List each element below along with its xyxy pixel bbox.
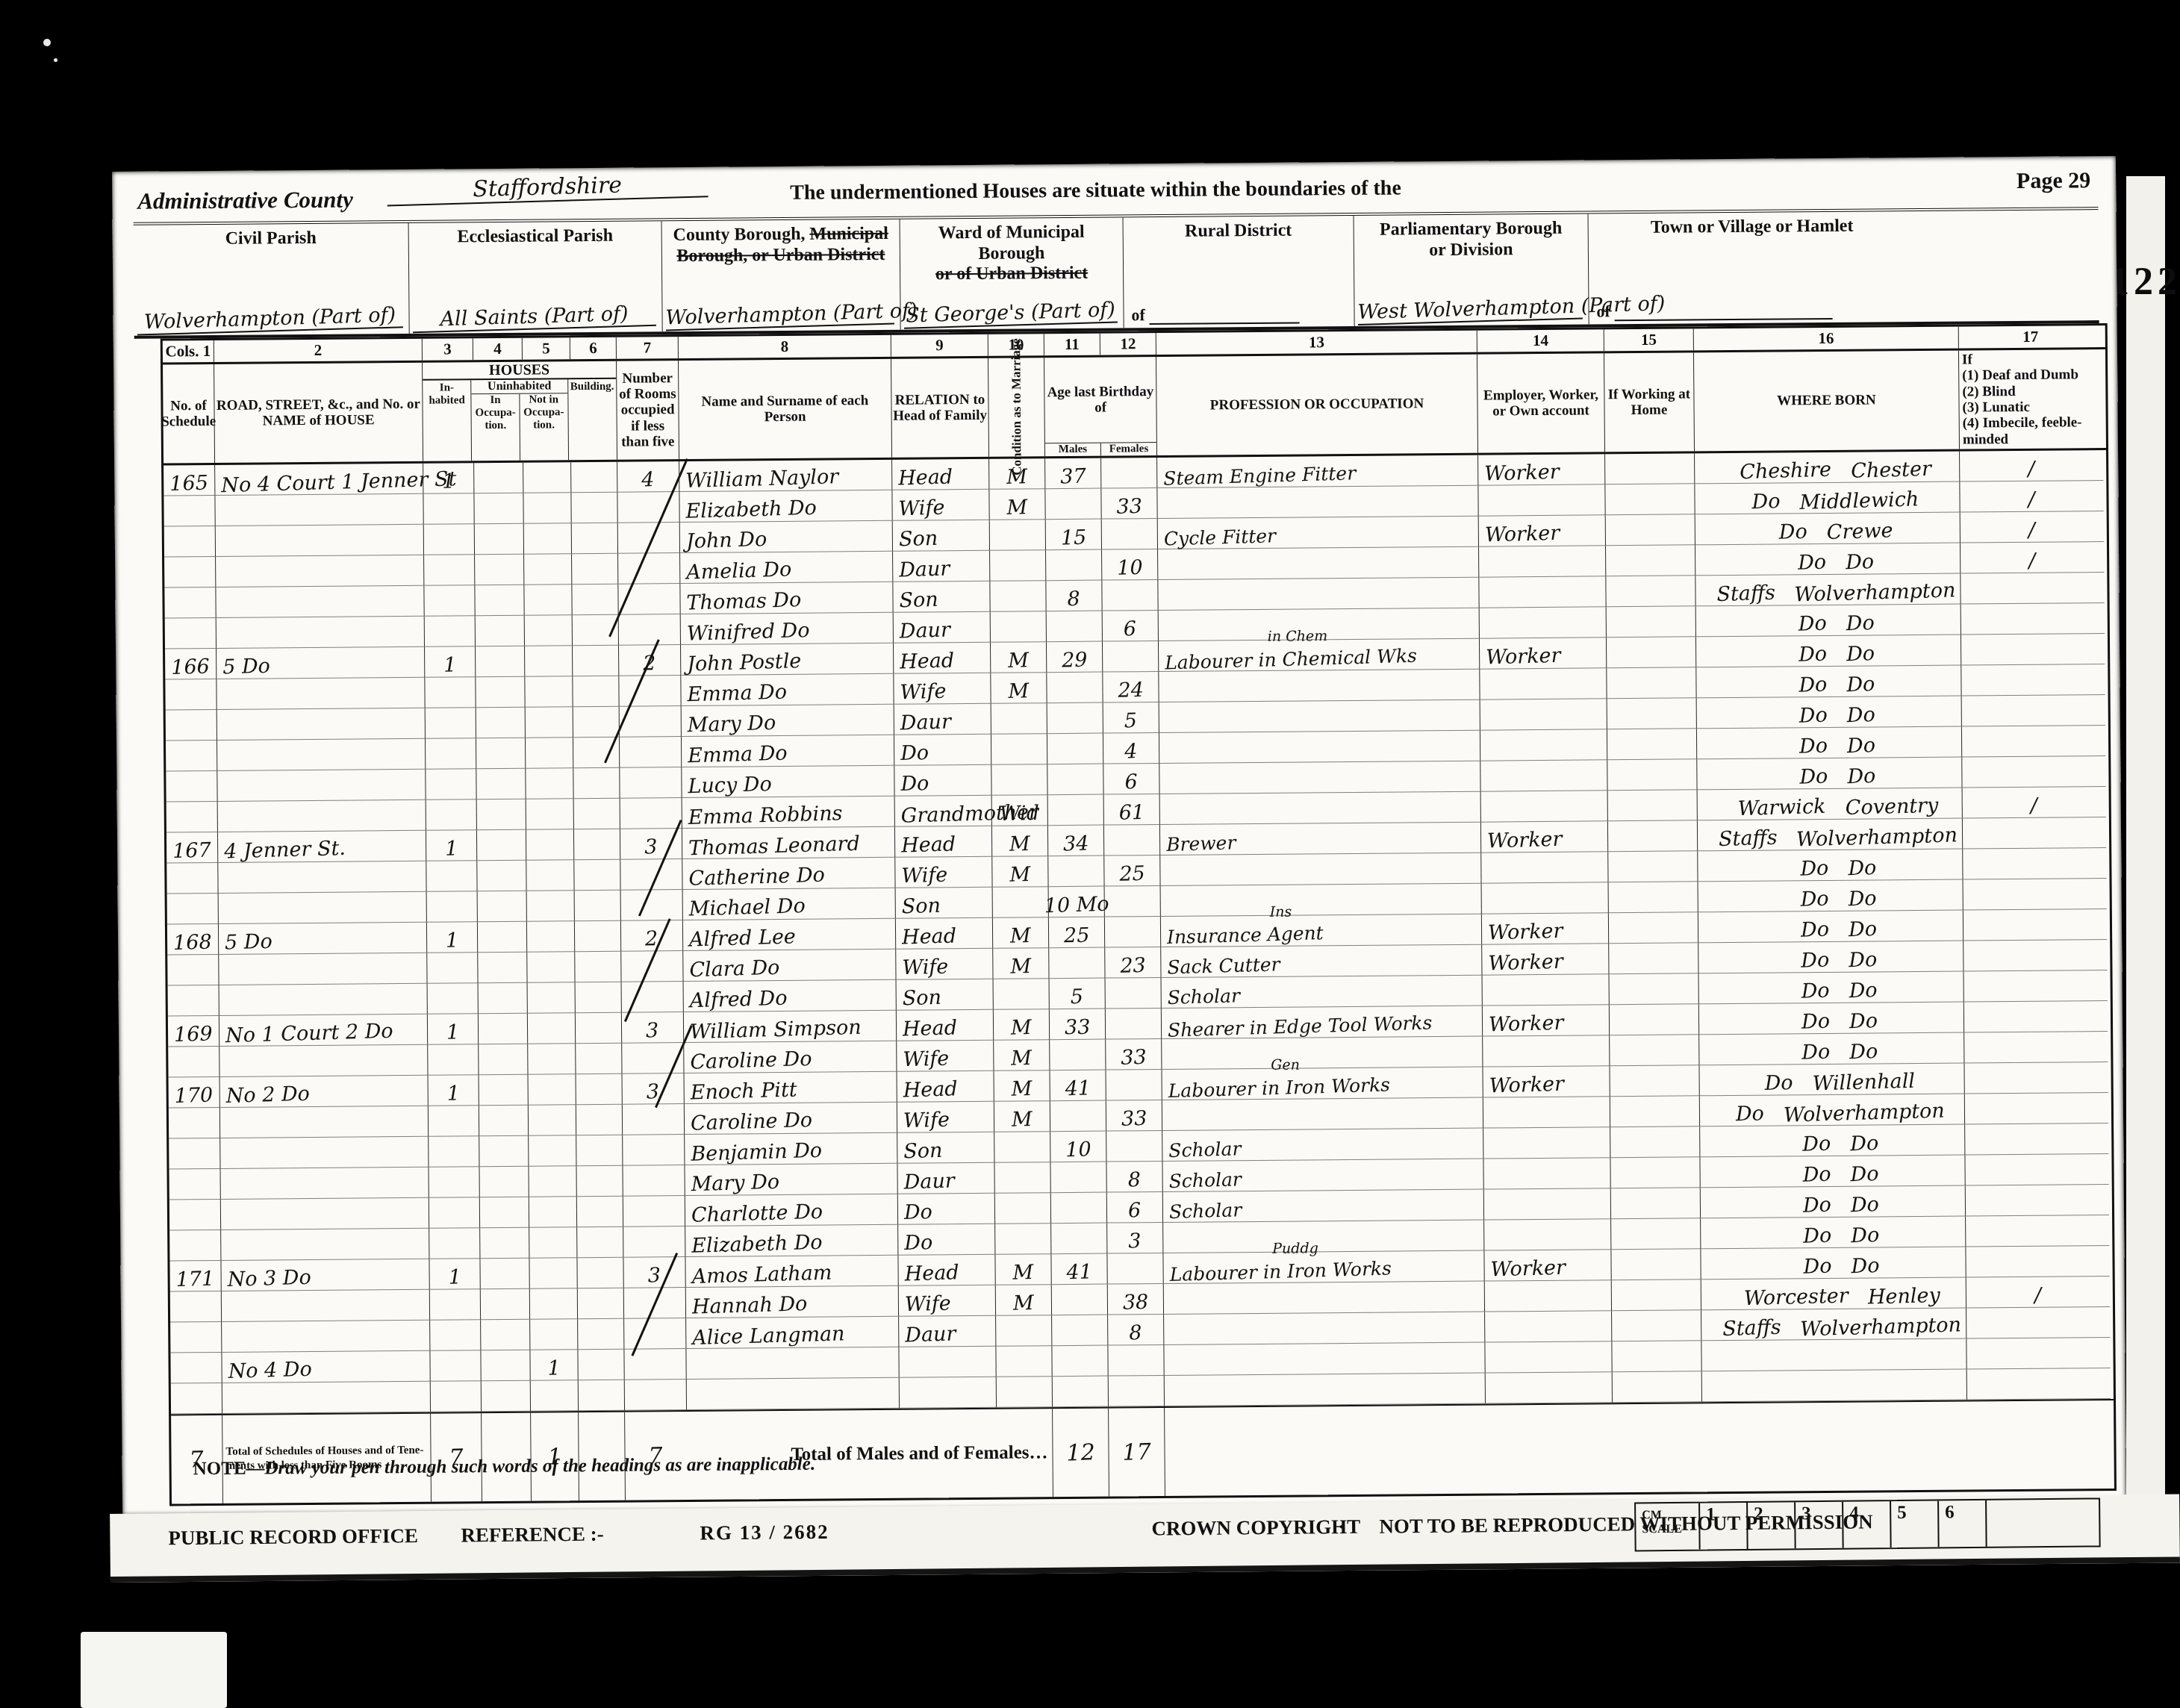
cell-rooms	[620, 859, 682, 891]
cell-building	[576, 1166, 622, 1197]
cell-age-male	[1045, 550, 1101, 582]
cell-age-female: 61	[1103, 794, 1159, 826]
cell-age-female: 33	[1100, 488, 1156, 520]
cell-age-female: 5	[1103, 702, 1159, 734]
cell-building	[576, 1074, 622, 1105]
cell-age-male: 8	[1045, 581, 1101, 612]
cell-relation: Son	[892, 520, 989, 552]
cell-where-born: DoDo	[1698, 1033, 1963, 1066]
cell-rooms	[620, 951, 682, 982]
cell-name: Alice Langman	[685, 1317, 898, 1349]
cell-schedule	[169, 1200, 220, 1231]
cell-age-male: 29	[1046, 642, 1102, 673]
cell-where-born: DoDo	[1698, 911, 1963, 944]
cell-working-at-home	[1609, 1065, 1698, 1097]
cell-employer	[1478, 546, 1605, 577]
cell-where-born	[1701, 1370, 1966, 1403]
footer-separator: ·	[1338, 1515, 1345, 1539]
cell-inhabited	[428, 1106, 479, 1137]
cell-where-born: DoDo	[1695, 605, 1961, 638]
cell-condition	[995, 1346, 1051, 1377]
cell-age-male	[1050, 1162, 1106, 1194]
col-not-in-occupation: Not in Occupa-tion.	[520, 394, 567, 461]
cell-age-female	[1107, 1345, 1163, 1377]
cell-employer: Worker	[1483, 1250, 1610, 1281]
cell-condition	[994, 1224, 1050, 1255]
cell-infirmity	[1963, 909, 2107, 941]
cell-address: 5 Do	[216, 647, 424, 679]
cell-name: Mary Do	[684, 1164, 897, 1196]
cell-name: Amos Latham	[685, 1256, 897, 1288]
cell-working-at-home	[1609, 1004, 1698, 1035]
cell-uninhabited-not-occ	[526, 952, 574, 983]
cell-infirmity	[1965, 1215, 2109, 1247]
totals-row: 7 Total of Schedules of Houses and of Te…	[171, 1399, 2114, 1503]
cell-age-male	[1047, 703, 1103, 735]
cell-infirmity	[1961, 603, 2105, 635]
cell-uninhabited-in-occ	[474, 585, 523, 617]
cell-age-male	[1051, 1285, 1107, 1316]
cell-employer	[1478, 576, 1605, 608]
cell-condition	[995, 1315, 1051, 1347]
cell-building	[571, 523, 617, 554]
cm-scale-cell: 5	[1890, 1501, 1938, 1548]
cell-condition: M	[992, 917, 1048, 949]
cell-inhabited	[426, 891, 477, 923]
cell-age-male: 33	[1049, 1009, 1105, 1041]
cell-working-at-home	[1609, 1035, 1698, 1066]
occupation-insert-note: Puddg	[1272, 1240, 1318, 1256]
cell-where-born: DoDo	[1697, 850, 1962, 882]
cell-inhabited	[429, 1197, 479, 1229]
cell-name: William Naylor	[679, 460, 891, 492]
cell-address	[219, 1168, 428, 1200]
town-village-blank: of	[1596, 299, 1908, 321]
cell-condition	[993, 979, 1049, 1010]
cell-where-born: StaffsWolverhampton	[1695, 574, 1960, 607]
admin-county-value: Staffordshire	[387, 169, 708, 206]
cell-occupation: Labourer in Chemical Wksin Chem	[1158, 639, 1479, 672]
rural-district-col: Rural District of	[1124, 216, 1355, 328]
cell-infirmity: ∕	[1960, 511, 2104, 543]
cell-uninhabited-in-occ	[481, 1381, 530, 1412]
cell-uninhabited-not-occ	[526, 799, 573, 830]
cell-address	[221, 1290, 429, 1322]
cell-age-male	[1047, 795, 1103, 826]
footer-reference-value: RG 13 / 2682	[700, 1521, 829, 1545]
cell-relation: Daur	[894, 704, 991, 735]
cell-condition	[989, 520, 1045, 551]
cell-employer: Worker	[1481, 944, 1608, 975]
cell-building	[576, 1135, 622, 1166]
cell-infirmity	[1965, 1246, 2109, 1278]
cell-age-male	[1050, 1224, 1106, 1255]
cell-condition	[991, 734, 1047, 765]
cell-schedule	[166, 863, 217, 894]
cell-age-female	[1104, 886, 1160, 917]
cell-building	[573, 738, 619, 768]
cell-relation: Do	[897, 1224, 994, 1256]
cell-occupation	[1159, 731, 1480, 764]
cell-inhabited: 1	[427, 1014, 478, 1045]
cell-employer: Worker	[1482, 1005, 1609, 1036]
cell-uninhabited-in-occ	[473, 463, 523, 494]
column-number: 14	[1477, 329, 1604, 352]
cell-uninhabited-not-occ	[524, 676, 572, 708]
cell-uninhabited-not-occ	[526, 860, 573, 891]
cell-condition	[994, 1132, 1050, 1163]
cell-infirmity	[1963, 1032, 2108, 1064]
cell-uninhabited-not-occ	[523, 493, 570, 524]
cell-building	[572, 646, 618, 676]
cell-employer	[1477, 484, 1604, 516]
cell-rooms	[620, 890, 682, 921]
cell-inhabited	[429, 1228, 479, 1259]
cell-uninhabited-not-occ: 1	[529, 1350, 577, 1381]
cell-uninhabited-not-occ	[528, 1135, 576, 1167]
cell-uninhabited-not-occ	[527, 982, 575, 1014]
cell-where-born: DoDo	[1696, 696, 1961, 729]
cell-uninhabited-not-occ	[525, 768, 573, 800]
cell-schedule	[169, 1138, 219, 1170]
cell-age-female	[1104, 917, 1160, 948]
cell-rooms	[621, 1043, 683, 1074]
cell-rooms	[619, 706, 681, 738]
admin-county-label: Administrative County	[137, 186, 353, 214]
occupation-insert-note: Ins	[1270, 904, 1292, 920]
cell-schedule	[166, 802, 217, 833]
cell-infirmity	[1963, 970, 2107, 1003]
column-number: 7	[616, 337, 678, 359]
cell-name: Enoch Pitt	[684, 1072, 897, 1104]
occupation-insert-note: in Chem	[1268, 628, 1328, 645]
cell-name: Benjamin Do	[684, 1133, 897, 1165]
cell-where-born: DoDo	[1698, 941, 1963, 974]
census-table: Cols. 1234567891011121314151617 No. of S…	[161, 323, 2117, 1506]
ward-title: Ward of Municipal Borough or of Urban Di…	[903, 222, 1121, 285]
cell-employer	[1479, 668, 1606, 699]
cell-employer	[1479, 607, 1606, 638]
col-building: Building.	[567, 379, 617, 460]
col-home: If Working at Home	[1604, 352, 1694, 452]
cell-inhabited	[425, 769, 476, 800]
cell-address	[221, 1321, 429, 1353]
cell-relation: Daur	[893, 612, 990, 643]
cell-age-male	[1046, 673, 1102, 704]
column-number: 6	[570, 337, 616, 359]
cell-where-born: CheshireChester	[1694, 452, 1959, 484]
cell-occupation	[1159, 761, 1480, 794]
cell-age-male: 25	[1048, 917, 1104, 949]
cell-where-born: DoDo	[1700, 1217, 1965, 1250]
cell-working-at-home	[1611, 1310, 1701, 1341]
cell-uninhabited-in-occ	[475, 616, 524, 647]
cell-working-at-home	[1605, 576, 1695, 607]
civil-parish-title: Civil Parish	[137, 228, 405, 250]
cell-condition: M	[990, 673, 1046, 704]
cell-where-born: DoDo	[1698, 972, 1963, 1005]
cell-relation: Daur	[892, 551, 989, 582]
cell-rooms	[623, 1288, 685, 1319]
cell-where-born: DoDo	[1696, 727, 1961, 760]
cell-age-male	[1049, 1040, 1105, 1071]
cell-schedule	[169, 1230, 220, 1262]
cell-age-female	[1103, 825, 1159, 856]
county-borough-value: Wolverhampton (Part of)	[665, 300, 894, 331]
cell-building	[573, 799, 620, 829]
cell-inhabited	[426, 861, 476, 892]
cell-uninhabited-not-occ	[523, 585, 571, 616]
cell-rooms	[623, 1349, 685, 1380]
cell-occupation: Scholar	[1162, 1190, 1483, 1223]
col-condition: Condition as to Marriage	[988, 358, 1044, 457]
cell-uninhabited-not-occ	[525, 707, 573, 738]
cell-uninhabited-not-occ	[525, 738, 573, 769]
cell-uninhabited-in-occ	[478, 1044, 527, 1076]
county-borough-title: County Borough, Municipal Borough, or Ur…	[665, 224, 897, 267]
cell-name: Alfred Lee	[682, 919, 895, 951]
cell-occupation: Steam Engine Fitter	[1156, 455, 1477, 488]
page-number: Page 29	[2016, 168, 2090, 194]
cell-age-male: 5	[1049, 979, 1105, 1010]
cell-working-at-home	[1610, 1249, 1700, 1280]
cell-name: Elizabeth Do	[685, 1225, 897, 1257]
cell-working-at-home	[1606, 667, 1695, 699]
cell-infirmity	[1960, 573, 2104, 605]
cell-inhabited	[427, 983, 478, 1014]
cm-scale-tail	[1985, 1499, 2099, 1546]
cell-uninhabited-in-occ	[480, 1289, 529, 1321]
cell-working-at-home	[1608, 943, 1698, 974]
cell-employer	[1482, 974, 1609, 1006]
column-number: 9	[891, 334, 988, 357]
cell-condition: M	[992, 948, 1048, 979]
cell-relation: Do	[894, 765, 991, 797]
footer-reference-label: REFERENCE :-	[461, 1523, 604, 1548]
cell-age-male: 15	[1045, 520, 1101, 551]
cell-working-at-home	[1610, 1218, 1700, 1250]
cell-address	[218, 953, 426, 985]
col-where-born: WHERE BORN	[1693, 351, 1959, 452]
cell-employer	[1485, 1372, 1612, 1403]
cell-condition	[996, 1377, 1052, 1408]
cell-relation: Daur	[898, 1316, 995, 1347]
cell-age-male	[1051, 1346, 1107, 1377]
total-males: 12	[1066, 1439, 1095, 1466]
cell-condition: M	[988, 458, 1044, 490]
cell-condition: M	[988, 489, 1044, 520]
cell-relation: Wife	[898, 1285, 995, 1317]
infirmity-line: (1) Deaf and Dumb	[1962, 367, 2078, 384]
ecclesiastical-parish-title: Ecclesiastical Parish	[412, 225, 658, 248]
cell-occupation: Sack Cutter	[1160, 945, 1481, 978]
cell-uninhabited-in-occ	[478, 1014, 527, 1045]
cell-working-at-home	[1611, 1280, 1701, 1311]
cell-uninhabited-not-occ	[530, 1380, 578, 1412]
cell-address: No 2 Do	[219, 1076, 428, 1108]
cell-working-at-home	[1608, 882, 1698, 913]
cell-working-at-home	[1607, 790, 1697, 821]
cell-rooms	[617, 492, 679, 523]
cell-infirmity: ∕	[1959, 450, 2103, 482]
cell-employer	[1483, 1158, 1610, 1189]
cell-uninhabited-in-occ	[480, 1350, 529, 1382]
cell-rooms	[617, 584, 679, 615]
cell-age-female: 8	[1107, 1315, 1163, 1346]
rural-district-title: Rural District	[1127, 220, 1351, 243]
cell-working-at-home	[1609, 973, 1698, 1005]
column-number: 8	[678, 335, 891, 358]
cell-address	[220, 1229, 429, 1261]
column-number: Cols. 1	[163, 340, 214, 363]
col-name: Name and Surname of each Person	[678, 359, 891, 459]
cell-inhabited: 1	[426, 922, 477, 953]
col-males: Males	[1045, 443, 1100, 456]
cell-schedule	[163, 496, 214, 527]
cell-schedule	[166, 741, 217, 772]
cell-uninhabited-not-occ	[527, 1044, 575, 1075]
cell-schedule: 169	[168, 1016, 219, 1047]
cell-occupation	[1157, 547, 1478, 580]
cell-working-at-home	[1607, 698, 1696, 729]
cell-name: Catherine Do	[682, 858, 894, 890]
cell-infirmity	[1964, 1123, 2108, 1156]
infirmity-line: minded	[1963, 431, 2008, 448]
cell-building	[573, 829, 620, 860]
col-employer: Employer, Worker, or Own account	[1477, 353, 1604, 452]
cell-uninhabited-not-occ	[523, 462, 570, 493]
cell-condition: M	[993, 1040, 1049, 1071]
cell-where-born: StaffsWolverhampton	[1701, 1309, 1966, 1341]
cell-infirmity: ∕	[1962, 787, 2106, 819]
cell-age-female	[1105, 1009, 1161, 1040]
cell-rooms	[618, 676, 680, 707]
cell-name: Caroline Do	[683, 1041, 896, 1073]
cell-uninhabited-in-occ	[477, 953, 526, 984]
civil-parish-col: Civil Parish Wolverhampton (Part of)	[134, 223, 410, 336]
cell-schedule	[167, 894, 218, 925]
cm-scale-cell: 1	[1698, 1503, 1747, 1550]
cell-relation: Head	[897, 1255, 994, 1286]
cell-name: Caroline Do	[684, 1103, 897, 1135]
cell-working-at-home	[1610, 1096, 1699, 1127]
cell-inhabited	[423, 585, 474, 617]
cell-age-female: 33	[1105, 1039, 1161, 1070]
cell-schedule: 170	[169, 1077, 219, 1109]
cell-address	[215, 555, 423, 587]
cell-uninhabited-not-occ	[523, 554, 571, 585]
cell-where-born	[1701, 1339, 1966, 1372]
cell-address	[219, 1106, 428, 1138]
col-uninhabited-group: Uninhabited In Occupa-tion. Not in Occup…	[470, 380, 567, 461]
cell-employer	[1484, 1341, 1611, 1373]
cell-inhabited	[424, 677, 475, 708]
cell-uninhabited-in-occ	[476, 738, 525, 770]
cell-infirmity	[1961, 695, 2105, 727]
total-females: 17	[1122, 1439, 1151, 1465]
cell-where-born: DoDo	[1699, 1156, 1964, 1188]
cell-age-female: 6	[1102, 611, 1158, 642]
cell-age-male	[1047, 856, 1103, 888]
cell-relation: Son	[896, 979, 993, 1011]
cell-where-born: DoDo	[1695, 635, 1961, 668]
cell-schedule: 171	[169, 1261, 220, 1292]
cell-uninhabited-not-occ	[526, 891, 574, 922]
cell-uninhabited-in-occ	[478, 983, 527, 1014]
houses-title: HOUSES	[423, 361, 616, 381]
column-number: 11	[1044, 334, 1100, 356]
cell-working-at-home	[1604, 453, 1694, 484]
cell-relation: Head	[894, 826, 991, 858]
cell-working-at-home	[1605, 514, 1695, 546]
cell-age-female	[1102, 641, 1158, 673]
cm-scale-cell: 2	[1746, 1502, 1795, 1549]
cell-age-male: 41	[1049, 1070, 1105, 1102]
col-houses: HOUSES In-habited Uninhabited In Occupa-…	[422, 361, 617, 461]
cell-uninhabited-in-occ	[479, 1228, 529, 1259]
cell-condition: M	[994, 1254, 1050, 1285]
column-number: 4	[473, 338, 522, 361]
cell-uninhabited-in-occ	[474, 524, 523, 555]
cell-infirmity	[1962, 848, 2106, 880]
table-body: 165No 4 Court 1 Jenner St14William Naylo…	[163, 450, 2114, 1414]
cell-where-born: DoDo	[1699, 1125, 1964, 1158]
cell-schedule	[168, 1047, 219, 1078]
footer-org: PUBLIC RECORD OFFICE	[168, 1524, 418, 1550]
ecclesiastical-parish-value: All Saints (Part of)	[412, 302, 656, 333]
cell-uninhabited-not-occ	[526, 921, 574, 953]
cell-infirmity: ∕	[1959, 481, 2103, 513]
cell-address	[217, 739, 425, 771]
cell-working-at-home	[1607, 759, 1696, 791]
cell-name: Charlotte Do	[685, 1194, 897, 1227]
cell-building	[573, 860, 620, 891]
cell-address	[219, 1045, 427, 1077]
cell-employer: Worker	[1482, 1066, 1609, 1097]
civil-parish-value: Wolverhampton (Part of)	[137, 303, 403, 335]
cell-address	[217, 708, 425, 741]
scan-speck	[43, 39, 51, 46]
cell-rooms	[617, 523, 679, 554]
cell-uninhabited-not-occ	[529, 1258, 576, 1289]
cell-inhabited	[427, 1044, 478, 1076]
column-number: 12	[1100, 333, 1156, 355]
cell-building	[570, 462, 617, 493]
cell-working-at-home	[1607, 851, 1697, 882]
cell-inhabited: 1	[424, 646, 475, 678]
sheet-header: Administrative County Staffordshire The …	[133, 160, 2099, 339]
cell-schedule	[164, 526, 215, 558]
col-females: Females	[1100, 443, 1156, 455]
cell-rooms	[618, 614, 680, 646]
cell-occupation	[1159, 853, 1480, 886]
cell-infirmity	[1961, 756, 2105, 788]
cell-working-at-home	[1608, 912, 1698, 944]
cell-employer	[1480, 760, 1607, 791]
cell-inhabited: 1	[429, 1259, 479, 1290]
cell-uninhabited-in-occ	[480, 1320, 529, 1351]
cell-uninhabited-in-occ	[479, 1136, 528, 1168]
footer-copyright: CROWN COPYRIGHT	[1151, 1515, 1360, 1541]
cell-rooms	[623, 1318, 685, 1350]
cell-age-female	[1106, 1253, 1162, 1285]
cell-age-female: 24	[1102, 672, 1158, 703]
cell-address	[220, 1198, 429, 1230]
cell-building	[576, 1197, 623, 1227]
cell-relation: Head	[895, 918, 992, 950]
cell-relation	[898, 1347, 995, 1378]
column-number: 16	[1693, 327, 1958, 351]
